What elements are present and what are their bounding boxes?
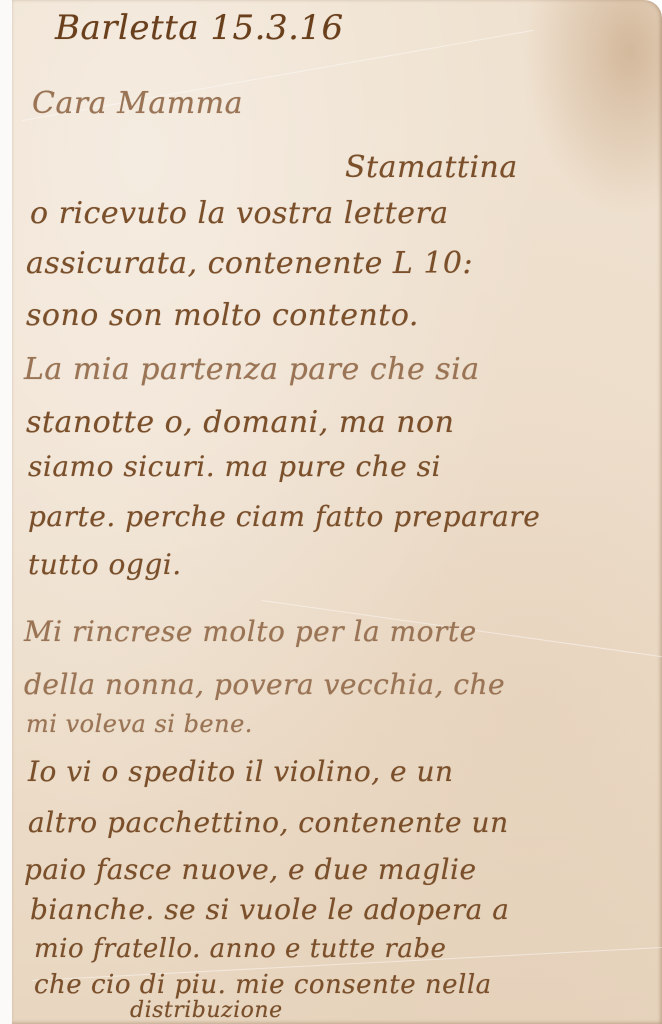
letter-line: paio fasce nuove, e due maglie [24, 853, 477, 886]
letter-place-date: Barletta 15.3.16 [55, 8, 344, 48]
letter-salutation: Cara Mamma [32, 86, 243, 121]
letter-line: parte. perche ciam fatto preparare [28, 500, 540, 533]
letter-line: stanotte o, domani, ma non [26, 405, 454, 440]
letter-line: che cio di piu. mie consente nella [34, 970, 492, 1000]
letter-line: della nonna, povera vecchia, che [24, 668, 505, 701]
letter-line: mio fratello. anno e tutte rabe [34, 934, 446, 964]
letter-line: Io vi o spedito il violino, e un [28, 755, 454, 788]
letter-line: o ricevuto la vostra lettera [30, 196, 449, 231]
letter-line: La mia partenza pare che sia [24, 352, 480, 387]
scan-margin [0, 0, 12, 1024]
letter-line: tutto oggi. [28, 548, 182, 581]
letter-line: mi voleva si bene. [26, 710, 253, 738]
letter-line: bianche. se si vuole le adopera a [30, 893, 509, 926]
letter-line: distribuzione [130, 998, 283, 1023]
letter-line: Mi rincrese molto per la morte [24, 615, 477, 648]
letter-line: siamo sicuri. ma pure che si [28, 450, 441, 483]
letter-opening: Stamattina [345, 150, 518, 185]
letter-line: altro pacchettino, contenente un [28, 806, 509, 839]
letter-line: assicurata, contenente L 10: [26, 246, 473, 281]
letter-line: sono son molto contento. [26, 298, 419, 333]
